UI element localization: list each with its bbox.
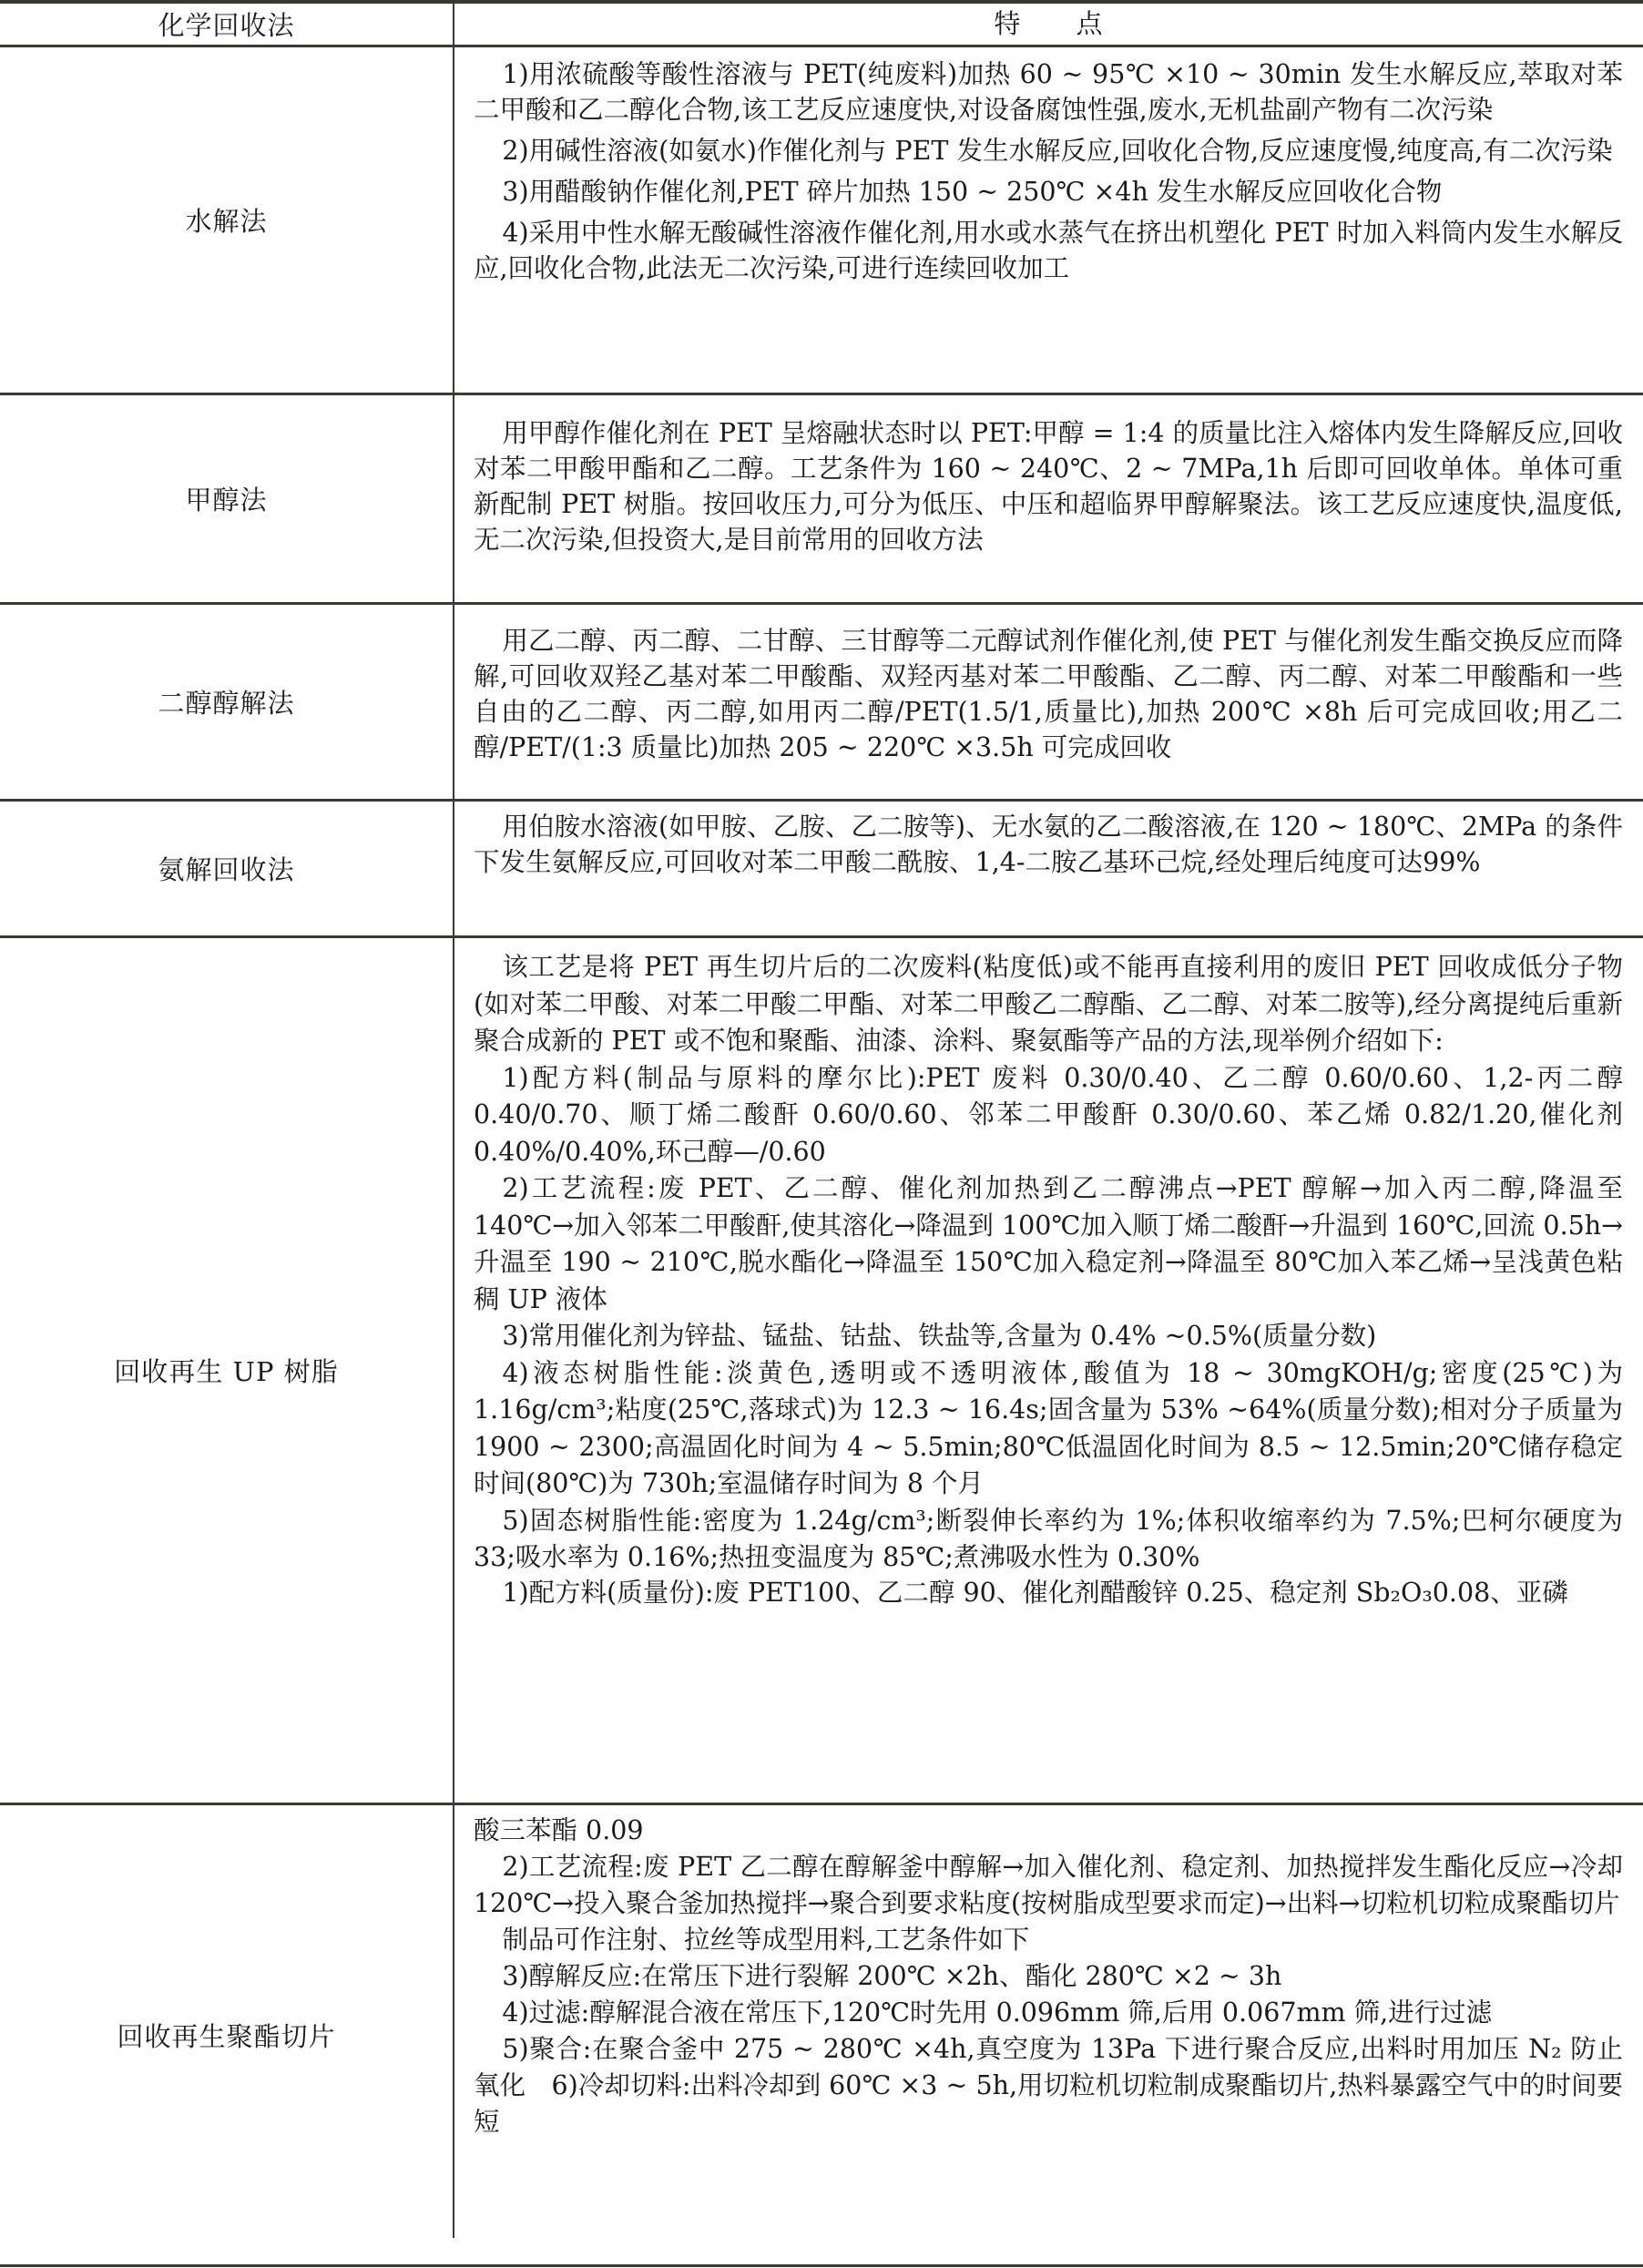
feature-paragraph-overflow: 1)配方料(质量份):废 PET100、乙二醇 90、催化剂醋酸锌 0.25、稳… [474, 1577, 1623, 1609]
feature-paragraph: 2)工艺流程:废 PET 乙二醇在醇解釜中醇解→加入催化剂、稳定剂、加热搅拌发生… [474, 1849, 1623, 1922]
table-bottom-rule [0, 2264, 1643, 2267]
method-label: 甲醇法 [0, 395, 453, 602]
feature-paragraph: 制品可作注射、拉丝等成型用料,工艺条件如下 [474, 1922, 1623, 1958]
header-method: 化学回收法 [0, 4, 453, 45]
feature-paragraph: 该工艺是将 PET 再生切片后的二次废料(粘度低)或不能再直接利用的废旧 PET… [474, 949, 1623, 1060]
table-row: 回收再生 UP 树脂 该工艺是将 PET 再生切片后的二次废料(粘度低)或不能再… [0, 938, 1643, 1803]
feature-paragraph: 用甲醇作催化剂在 PET 呈熔融状态时以 PET:甲醇 = 1:4 的质量比注入… [474, 415, 1623, 557]
feature-paragraph: 用乙二醇、丙二醇、二甘醇、三甘醇等二元醇试剂作催化剂,使 PET 与催化剂发生酯… [474, 623, 1623, 765]
feature-paragraph: 3)醇解反应:在常压下进行裂解 200℃ ×2h、酯化 280℃ ×2 ~ 3h [474, 1958, 1623, 1995]
feature-paragraph: 2)用碱性溶液(如氨水)作催化剂与 PET 发生水解反应,回收化合物,反应速度慢… [474, 133, 1623, 169]
feature-paragraph: 用伯胺水溶液(如甲胺、乙胺、乙二胺等)、无水氨的乙二酸溶液,在 120 ~ 18… [474, 809, 1623, 880]
features-cell: 酸三苯酯 0.09 2)工艺流程:废 PET 乙二醇在醇解釜中醇解→加入催化剂、… [474, 1805, 1623, 2264]
header-features: 特 点 [454, 4, 1643, 45]
feature-paragraph: 5)固态树脂性能:密度为 1.24g/cm³;断裂伸长率约为 1%;体积收缩率约… [474, 1503, 1623, 1577]
table-row: 甲醇法 用甲醇作催化剂在 PET 呈熔融状态时以 PET:甲醇 = 1:4 的质… [0, 395, 1643, 602]
method-label: 二醇醇解法 [0, 605, 453, 799]
features-cell: 用甲醇作催化剂在 PET 呈熔融状态时以 PET:甲醇 = 1:4 的质量比注入… [474, 395, 1623, 602]
features-cell: 用乙二醇、丙二醇、二甘醇、三甘醇等二元醇试剂作催化剂,使 PET 与催化剂发生酯… [474, 605, 1623, 799]
feature-paragraph: 3)用醋酸钠作催化剂,PET 碎片加热 150 ~ 250℃ ×4h 发生水解反… [474, 174, 1623, 209]
feature-paragraph: 酸三苯酯 0.09 [474, 1813, 1623, 1849]
table-row: 回收再生聚酯切片 酸三苯酯 0.09 2)工艺流程:废 PET 乙二醇在醇解釜中… [0, 1805, 1643, 2264]
feature-paragraph: 2)工艺流程:废 PET、乙二醇、催化剂加热到乙二醇沸点→PET 醇解→加入丙二… [474, 1170, 1623, 1318]
features-cell: 该工艺是将 PET 再生切片后的二次废料(粘度低)或不能再直接利用的废旧 PET… [474, 938, 1623, 1803]
method-label: 回收再生聚酯切片 [0, 1805, 453, 2264]
feature-paragraph: 3)常用催化剂为锌盐、锰盐、钴盐、铁盐等,含量为 0.4% ~0.5%(质量分数… [474, 1318, 1623, 1355]
method-label: 水解法 [0, 47, 453, 393]
features-cell: 1)用浓硫酸等酸性溶液与 PET(纯废料)加热 60 ~ 95℃ ×10 ~ 3… [474, 47, 1623, 393]
features-cell: 用伯胺水溶液(如甲胺、乙胺、乙二胺等)、无水氨的乙二酸溶液,在 120 ~ 18… [474, 802, 1623, 935]
feature-paragraph: 5)聚合:在聚合釜中 275 ~ 280℃ ×4h,真空度为 13Pa 下进行聚… [474, 2031, 1623, 2140]
feature-paragraph: 1)配方料(制品与原料的摩尔比):PET 废料 0.30/0.40、乙二醇 0.… [474, 1060, 1623, 1171]
feature-paragraph: 4)过滤:醇解混合液在常压下,120℃时先用 0.096mm 筛,后用 0.06… [474, 1995, 1623, 2031]
table-header: 化学回收法 特 点 [0, 4, 1643, 45]
table-row: 二醇醇解法 用乙二醇、丙二醇、二甘醇、三甘醇等二元醇试剂作催化剂,使 PET 与… [0, 605, 1643, 799]
feature-paragraph: 4)液态树脂性能:淡黄色,透明或不透明液体,酸值为 18 ~ 30mgKOH/g… [474, 1355, 1623, 1503]
method-label: 回收再生 UP 树脂 [0, 938, 453, 1803]
method-label: 氨解回收法 [0, 802, 453, 935]
feature-paragraph: 4)采用中性水解无酸碱性溶液作催化剂,用水或水蒸气在挤出机塑化 PET 时加入料… [474, 215, 1623, 286]
recycling-methods-table: 化学回收法 特 点 水解法 1)用浓硫酸等酸性溶液与 PET(纯废料)加热 60… [0, 0, 1643, 2268]
table-row: 水解法 1)用浓硫酸等酸性溶液与 PET(纯废料)加热 60 ~ 95℃ ×10… [0, 47, 1643, 393]
feature-paragraph: 1)用浓硫酸等酸性溶液与 PET(纯废料)加热 60 ~ 95℃ ×10 ~ 3… [474, 56, 1623, 128]
table-row: 氨解回收法 用伯胺水溶液(如甲胺、乙胺、乙二胺等)、无水氨的乙二酸溶液,在 12… [0, 802, 1643, 935]
